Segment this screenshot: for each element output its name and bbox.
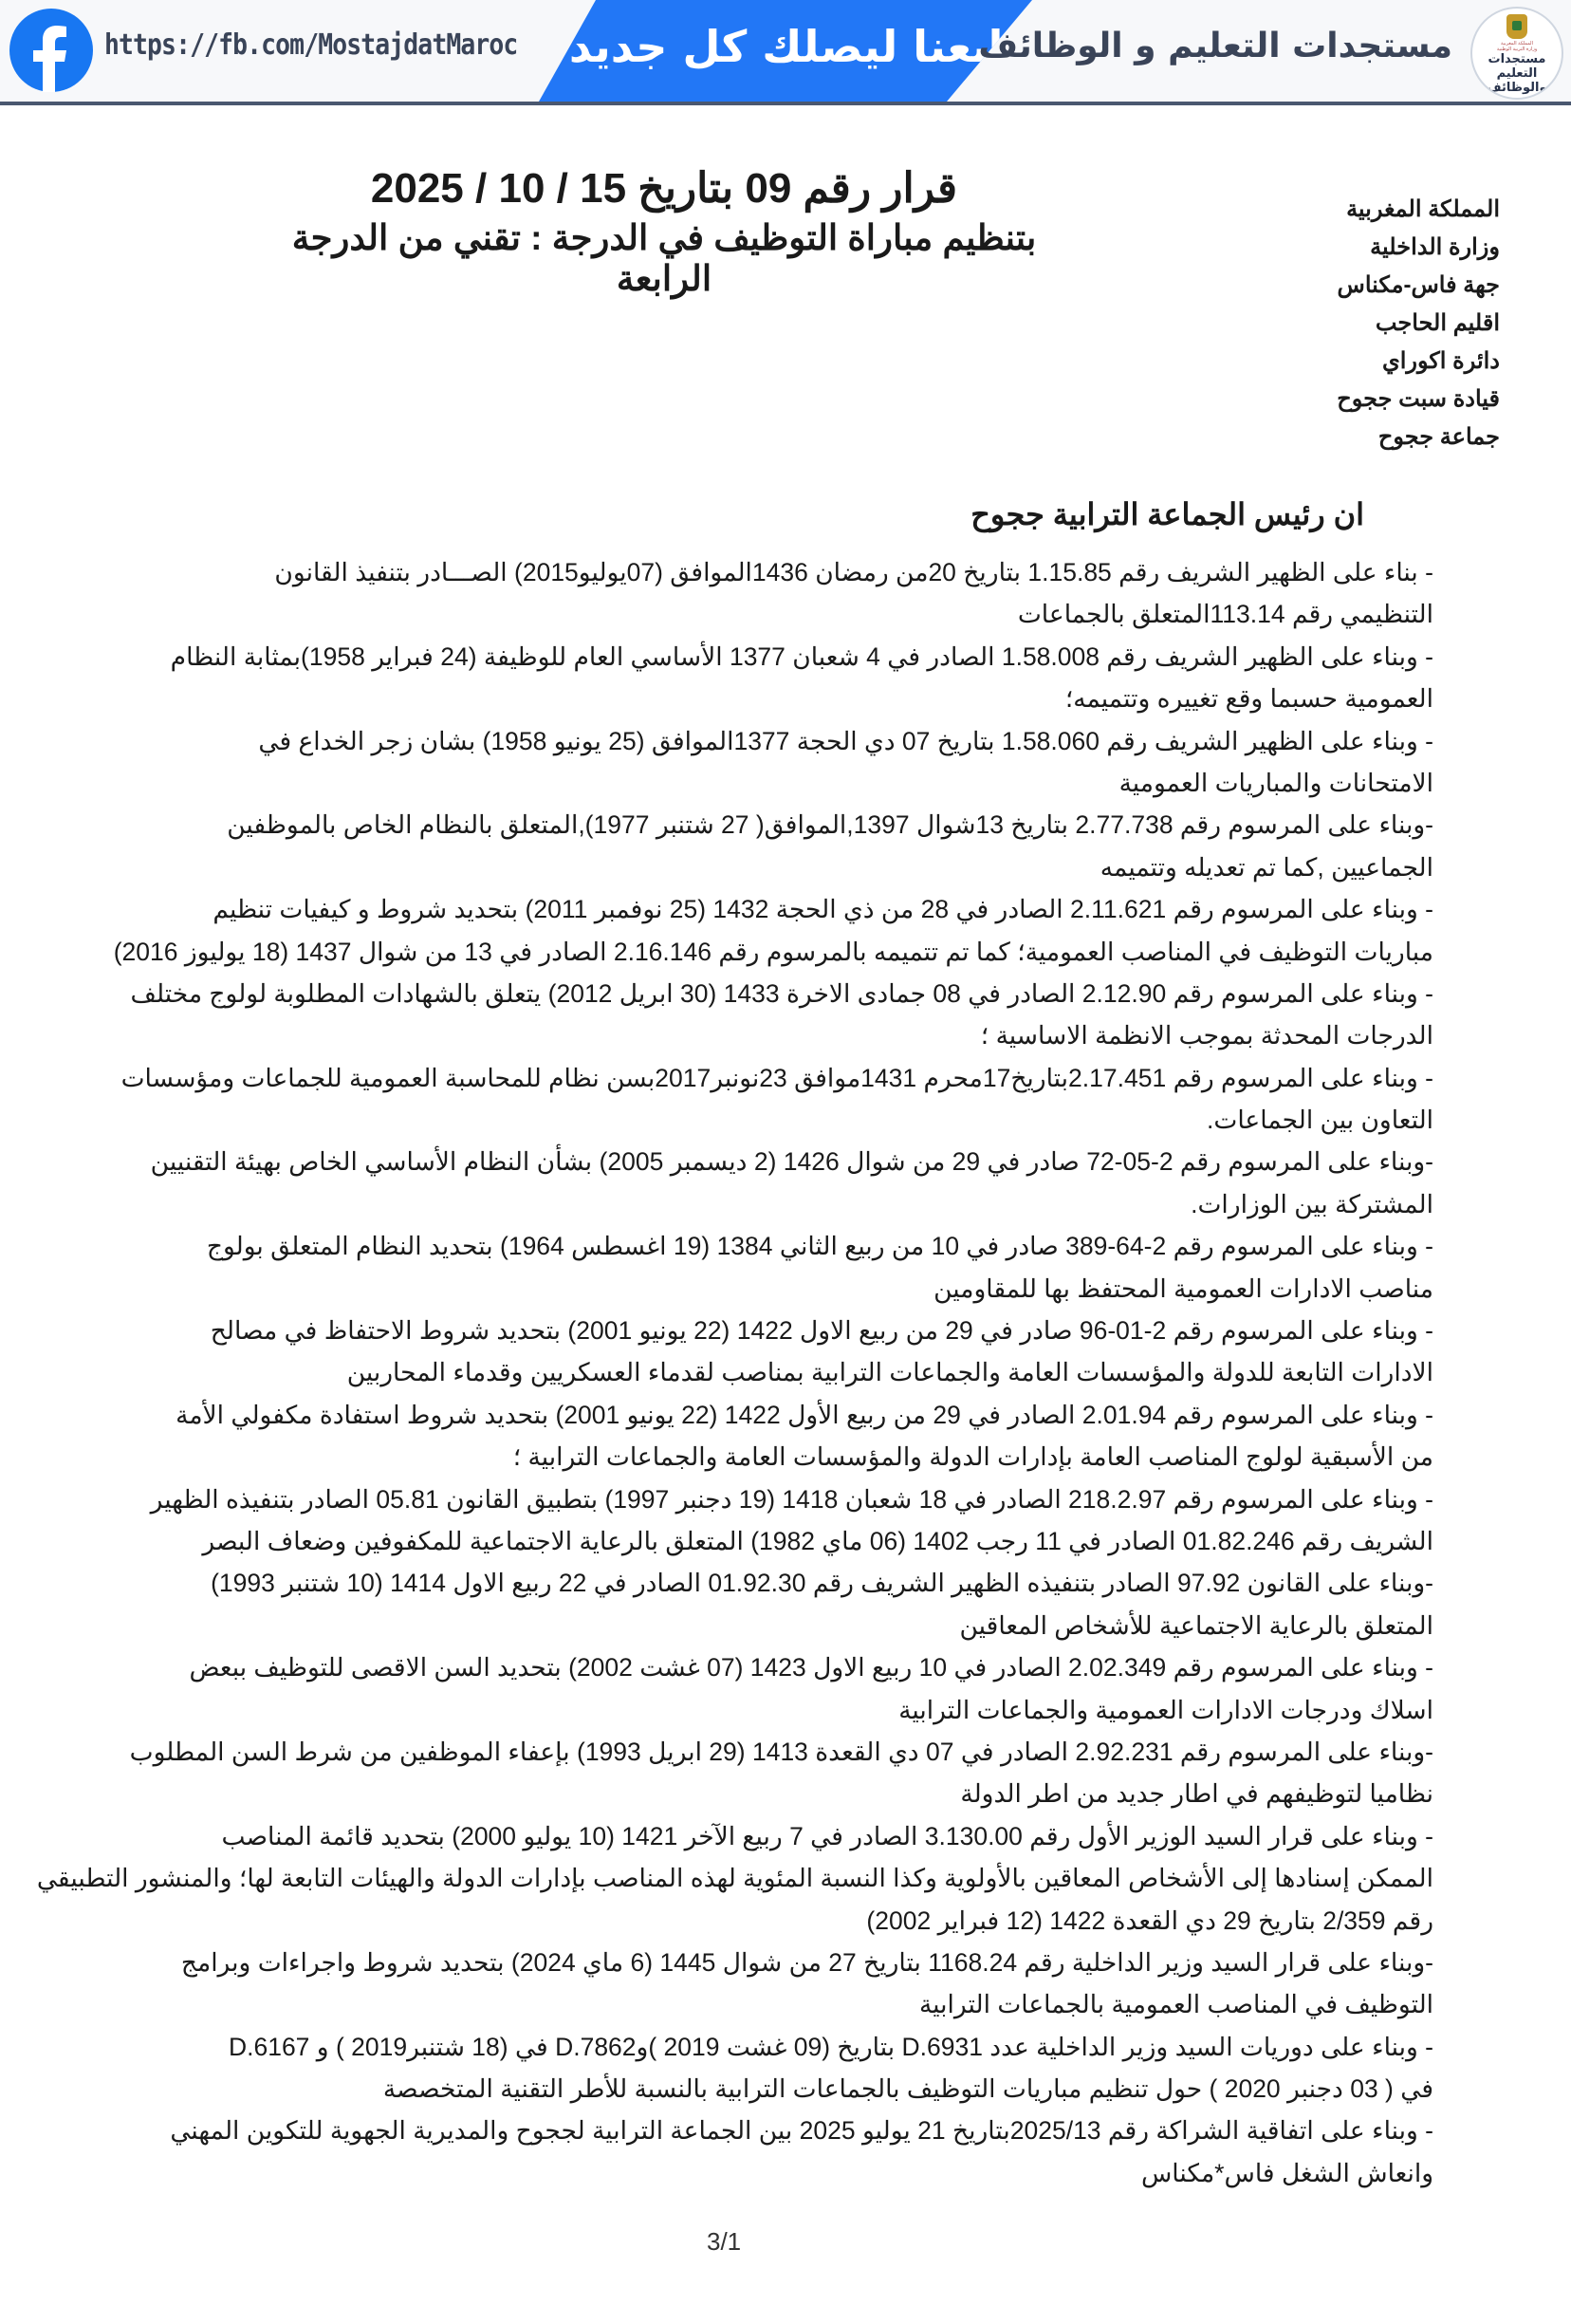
decision-document: قرار رقم 09 بتاريخ 15 / 10 / 2025 بتنظيم… bbox=[0, 105, 1571, 2324]
text-line: وانعاش الشغل فاس*مكناس bbox=[28, 2152, 1433, 2194]
header-line: المملكة المغربية bbox=[1337, 191, 1500, 229]
text-line: - وبناء على المرسوم رقم 218.2.97 الصادر … bbox=[28, 1478, 1433, 1520]
site-logo: المملكة المغربية وزارة التربية الوطنية م… bbox=[1470, 7, 1563, 100]
text-line: - وبناء على المرسوم رقم 2.01.94 الصادر ف… bbox=[28, 1394, 1433, 1436]
text-line: التعاون بين الجماعات. bbox=[28, 1099, 1433, 1141]
text-line: العمومية حسبما وقع تغييره وتتميمه؛ bbox=[28, 678, 1433, 719]
text-line: - وبناء على الظهير الشريف رقم 1.58.060 ب… bbox=[28, 720, 1433, 762]
text-line: الامتحانات والمباريات العمومية bbox=[28, 762, 1433, 804]
text-line: - وبناء على المرسوم رقم 2.12.90 الصادر ف… bbox=[28, 973, 1433, 1014]
text-line: - بناء على الظهير الشريف رقم 1.15.85 بتا… bbox=[28, 551, 1433, 593]
text-line: الشريف رقم 01.82.246 الصادر في 11 رجب 14… bbox=[28, 1520, 1433, 1562]
follow-us-text: تابعنا ليصلك كل جديد bbox=[539, 21, 1032, 72]
facebook-url-link[interactable]: https://fb.com/MostajdatMaroc bbox=[104, 28, 517, 62]
text-line: -وبناء على قرار السيد وزير الداخلية رقم … bbox=[28, 1942, 1433, 1983]
text-line: الدرجات المحدثة بموجب الانظمة الاساسية ؛ bbox=[28, 1014, 1433, 1056]
text-line: المتعلق بالرعاية الاجتماعية للأشخاص المع… bbox=[28, 1605, 1433, 1646]
text-line: اسلاك ودرجات الادارات العمومية والجماعات… bbox=[28, 1689, 1433, 1731]
page-number: 3/1 bbox=[707, 2227, 741, 2257]
text-line: نظاميا لتوظيفهم في اطار جديد من اطر الدو… bbox=[28, 1773, 1433, 1814]
site-name: مستجدات التعليم و الوظائف bbox=[978, 27, 1452, 65]
follow-us-band: تابعنا ليصلك كل جديد bbox=[539, 0, 1032, 102]
text-line: الجماعيين ,كما تم تعديله وتتميمه bbox=[28, 846, 1433, 888]
header-line: دائرة اكوراي bbox=[1337, 343, 1500, 381]
text-line: مباريات التوظيف في المناصب العمومية؛ كما… bbox=[28, 931, 1433, 973]
header-line: وزارة الداخلية bbox=[1337, 229, 1500, 267]
header-line: اقليم الحاجب bbox=[1337, 305, 1500, 343]
header-line: قيادة سبت ججوح bbox=[1337, 381, 1500, 418]
text-line: - وبناء على الظهير الشريف رقم 1.58.008 ا… bbox=[28, 636, 1433, 678]
text-line: -وبناء على المرسوم رقم 2.92.231 الصادر ف… bbox=[28, 1731, 1433, 1773]
text-line: الادارات التابعة للدولة والمؤسسات العامة… bbox=[28, 1351, 1433, 1393]
text-line: - وبناء على قرار السيد الوزير الأول رقم … bbox=[28, 1815, 1433, 1857]
text-line: -وبناء على المرسوم رقم 2.77.738 بتاريخ 1… bbox=[28, 804, 1433, 846]
coat-of-arms-icon bbox=[1506, 14, 1527, 39]
facebook-f-glyph bbox=[9, 9, 93, 92]
text-line: - وبناء على المرسوم رقم 2.17.451بتاريخ17… bbox=[28, 1057, 1433, 1099]
header-line: جهة فاس-مكناس bbox=[1337, 267, 1500, 305]
text-line: الممكن إسنادها إلى الأشخاص المعاقين بالأ… bbox=[28, 1857, 1433, 1899]
text-line: -وبناء على المرسوم رقم 2-05-72 صادر في 2… bbox=[28, 1141, 1433, 1182]
text-line: - وبناء على المرسوم رقم 2-01-96 صادر في … bbox=[28, 1310, 1433, 1351]
text-line: - وبناء على دوريات السيد وزير الداخلية ع… bbox=[28, 2026, 1433, 2068]
logo-text-line1: مستجدات التعليم bbox=[1472, 52, 1562, 81]
text-line: - وبناء على المرسوم رقم 2.02.349 الصادر … bbox=[28, 1646, 1433, 1688]
text-line: مناصب الادارات العمومية المحتفظ بها للمق… bbox=[28, 1268, 1433, 1310]
text-line: في ( 03 دجنبر 2020 ) حول تنظيم مباريات ا… bbox=[28, 2068, 1433, 2110]
text-line: من الأسبقية لولوج المناصب العامة بإدارات… bbox=[28, 1436, 1433, 1478]
text-line: - وبناء على المرسوم رقم 2.11.621 الصادر … bbox=[28, 888, 1433, 930]
text-line: -وبناء على القانون 97.92 الصادر بتنفيذه … bbox=[28, 1562, 1433, 1604]
text-line: التوظيف في المناصب العمومية بالجماعات ال… bbox=[28, 1983, 1433, 2025]
legal-references: - بناء على الظهير الشريف رقم 1.15.85 بتا… bbox=[28, 551, 1433, 2194]
text-line: - وبناء على اتفاقية الشراكة رقم 2025/13ب… bbox=[28, 2110, 1433, 2151]
text-line: التنظيمي رقم 113.14المتعلق بالجماعات bbox=[28, 593, 1433, 635]
decision-subtitle: بتنظيم مباراة التوظيف في الدرجة : تقني م… bbox=[247, 217, 1081, 299]
header-line: جماعة ججوح bbox=[1337, 418, 1500, 456]
president-heading: ان رئيس الجماعة الترابية ججوح bbox=[970, 496, 1364, 532]
facebook-icon[interactable] bbox=[9, 9, 93, 92]
text-line: رقم 2/359 بتاريخ 29 دي القعدة 1422 (12 ف… bbox=[28, 1900, 1433, 1942]
text-line: المشتركة بين الوزارات. bbox=[28, 1183, 1433, 1225]
logo-text-line2: والوظائف bbox=[1472, 81, 1562, 95]
decision-title: قرار رقم 09 بتاريخ 15 / 10 / 2025 bbox=[342, 164, 987, 213]
text-line: - وبناء على المرسوم رقم 2-64-389 صادر في… bbox=[28, 1225, 1433, 1267]
promo-banner: https://fb.com/MostajdatMaroc تابعنا ليص… bbox=[0, 0, 1571, 105]
administrative-header: المملكة المغربية وزارة الداخلية جهة فاس-… bbox=[1337, 191, 1500, 456]
